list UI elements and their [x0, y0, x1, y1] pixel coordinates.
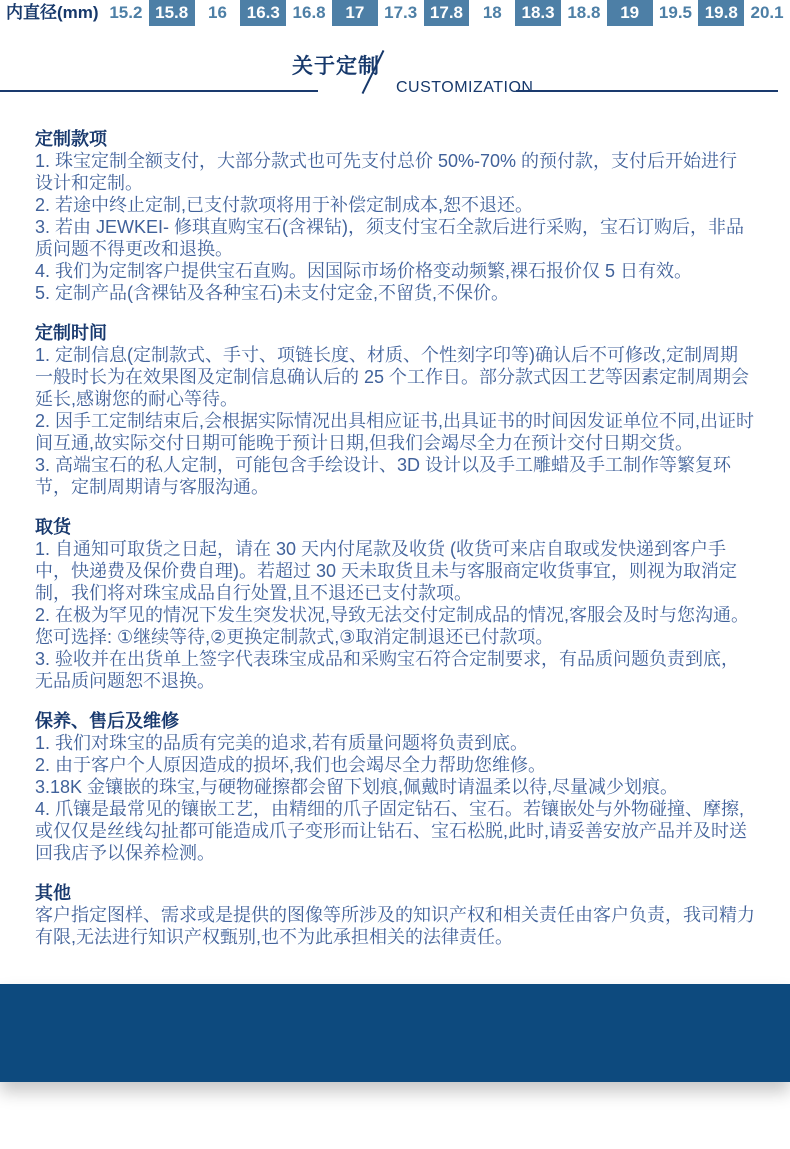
- size-option-15.8[interactable]: 15.8: [149, 0, 195, 26]
- section-heading: 定制时间: [35, 322, 755, 344]
- section-pickup: 取货 1. 自通知可取货之日起，请在 30 天内付尾款及收货 (收货可来店自取或…: [35, 516, 755, 692]
- section-heading: 保养、售后及维修: [35, 710, 755, 732]
- size-option-19.8[interactable]: 19.8: [698, 0, 744, 26]
- terms-paragraph: 3.18K 金镶嵌的珠宝,与硬物碰擦都会留下划痕,佩戴时请温柔以待,尽量减少划痕…: [35, 776, 755, 798]
- section-customization-time: 定制时间 1. 定制信息(定制款式、手寸、项链长度、材质、个性刻字印等)确认后不…: [35, 322, 755, 498]
- size-option-17.8[interactable]: 17.8: [424, 0, 470, 26]
- section-payment-terms: 定制款项 1. 珠宝定制全额支付，大部分款式也可先支付总价 50%-70% 的预…: [35, 128, 755, 304]
- terms-paragraph: 1. 珠宝定制全额支付，大部分款式也可先支付总价 50%-70% 的预付款，支付…: [35, 150, 755, 194]
- customization-terms-content: 定制款项 1. 珠宝定制全额支付，大部分款式也可先支付总价 50%-70% 的预…: [0, 128, 790, 948]
- terms-paragraph: 4. 我们为定制客户提供宝石直购。因国际市场价格变动频繁,裸石报价仅 5 日有效…: [35, 260, 755, 282]
- header-rule-left: [0, 90, 318, 92]
- footer-band: [0, 984, 790, 1082]
- customization-header: 关于定制 CUSTOMIZATION: [0, 48, 790, 110]
- section-maintenance-aftersales: 保养、售后及维修 1. 我们对珠宝的品质有完美的追求,若有质量问题将负责到底。 …: [35, 710, 755, 864]
- size-option-17[interactable]: 17: [332, 0, 378, 26]
- terms-paragraph: 3. 高端宝石的私人定制，可能包含手绘设计、3D 设计以及手工雕蜡及手工制作等繁…: [35, 454, 755, 498]
- terms-paragraph: 3. 验收并在出货单上签字代表珠宝成品和采购宝石符合定制要求，有品质问题负责到底…: [35, 648, 755, 692]
- section-heading: 定制款项: [35, 128, 755, 150]
- terms-paragraph: 5. 定制产品(含裸钻及各种宝石)未支付定金,不留货,不保价。: [35, 282, 755, 304]
- size-option-18.8[interactable]: 18.8: [561, 0, 607, 26]
- section-title-zh: 关于定制: [292, 50, 380, 80]
- header-rule-right: [516, 90, 778, 92]
- terms-paragraph: 2. 由于客户个人原因造成的损坏,我们也会竭尽全力帮助您维修。: [35, 754, 755, 776]
- size-option-16.8[interactable]: 16.8: [286, 0, 332, 26]
- terms-paragraph: 1. 我们对珠宝的品质有完美的追求,若有质量问题将负责到底。: [35, 732, 755, 754]
- size-option-16.3[interactable]: 16.3: [240, 0, 286, 26]
- terms-paragraph: 客户指定图样、需求或是提供的图像等所涉及的知识产权和相关责任由客户负责，我司精力…: [35, 904, 755, 948]
- size-option-18.3[interactable]: 18.3: [515, 0, 561, 26]
- terms-paragraph: 2. 在极为罕见的情况下发生突发状况,导致无法交付定制成品的情况,客服会及时与您…: [35, 604, 755, 648]
- terms-paragraph: 2. 因手工定制结束后,会根据实际情况出具相应证书,出具证书的时间因发证单位不同…: [35, 410, 755, 454]
- terms-paragraph: 1. 定制信息(定制款式、手寸、项链长度、材质、个性刻字印等)确认后不可修改,定…: [35, 344, 755, 410]
- size-option-17.3[interactable]: 17.3: [378, 0, 424, 26]
- size-option-20.1[interactable]: 20.1: [744, 0, 790, 26]
- inner-diameter-size-bar: 内直径(mm) 15.2 15.8 16 16.3 16.8 17 17.3 1…: [0, 0, 790, 26]
- terms-paragraph: 2. 若途中终止定制,已支付款项将用于补偿定制成本,恕不退还。: [35, 194, 755, 216]
- size-option-19[interactable]: 19: [607, 0, 653, 26]
- size-option-16[interactable]: 16: [195, 0, 241, 26]
- size-option-18[interactable]: 18: [469, 0, 515, 26]
- terms-paragraph: 3. 若由 JEWKEI- 修琪直购宝石(含裸钻)，须支付宝石全款后进行采购，宝…: [35, 216, 755, 260]
- size-option-15.2[interactable]: 15.2: [103, 0, 149, 26]
- section-title-en: CUSTOMIZATION: [396, 79, 533, 97]
- section-heading: 其他: [35, 882, 755, 904]
- inner-diameter-label: 内直径(mm): [0, 0, 103, 26]
- size-option-19.5[interactable]: 19.5: [653, 0, 699, 26]
- terms-paragraph: 4. 爪镶是最常见的镶嵌工艺，由精细的爪子固定钻石、宝石。若镶嵌处与外物碰撞、摩…: [35, 798, 755, 864]
- section-other: 其他 客户指定图样、需求或是提供的图像等所涉及的知识产权和相关责任由客户负责，我…: [35, 882, 755, 948]
- section-heading: 取货: [35, 516, 755, 538]
- terms-paragraph: 1. 自通知可取货之日起，请在 30 天内付尾款及收货 (收货可来店自取或发快递…: [35, 538, 755, 604]
